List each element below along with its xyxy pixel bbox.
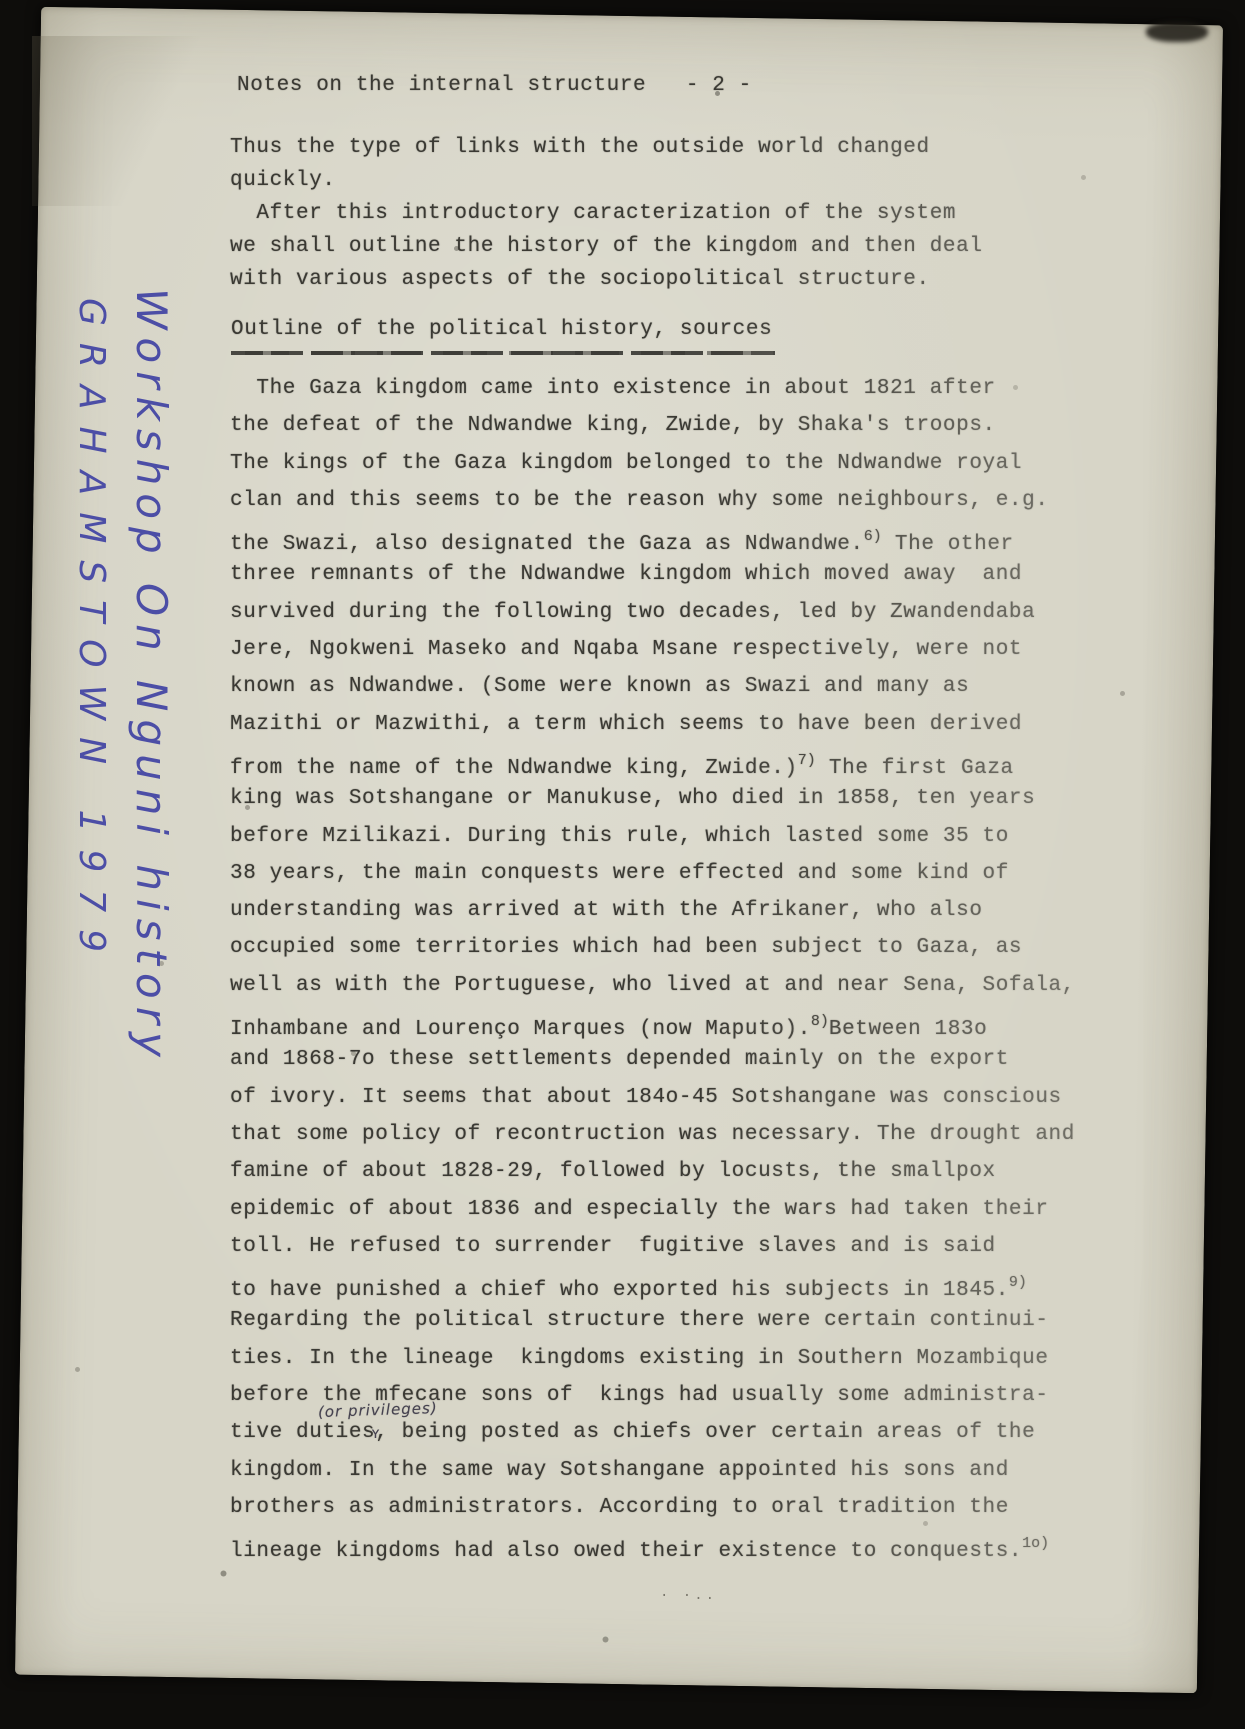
stray-pencil-mark: · ·.. xyxy=(660,1588,717,1604)
typed-line: survived during the following two decade… xyxy=(230,594,1075,631)
typed-line: that some policy of recontruction was ne… xyxy=(230,1116,1075,1153)
typed-line: occupied some territories which had been… xyxy=(230,929,1075,966)
typed-line: lineage kingdoms had also owed their exi… xyxy=(230,1526,1075,1563)
margin-note-line2: GRAHAMSTOWN 1979 xyxy=(62,288,120,1065)
typed-line: The Gaza kingdom came into existence in … xyxy=(230,370,1075,407)
typed-line: Regarding the political structure there … xyxy=(230,1302,1075,1339)
footnote-reference: 7) xyxy=(798,752,816,769)
page-header: Notes on the internal structure - 2 - xyxy=(237,74,752,97)
typed-line: the Swazi, also designated the Gaza as N… xyxy=(230,519,1075,556)
typed-line: Mazithi or Mazwithi, a term which seems … xyxy=(230,706,1075,743)
body-text: The Gaza kingdom came into existence in … xyxy=(230,370,1075,1564)
footnote-reference: 9) xyxy=(1009,1274,1027,1291)
typed-line: Jere, Ngokweni Maseko and Nqaba Msane re… xyxy=(230,631,1075,668)
typed-line: clan and this seems to be the reason why… xyxy=(230,482,1075,519)
typed-line: from the name of the Ndwandwe king, Zwid… xyxy=(230,743,1075,780)
typed-line: ties. In the lineage kingdoms existing i… xyxy=(230,1340,1075,1377)
typed-line: before Mzilikazi. During this rule, whic… xyxy=(230,818,1075,855)
heading-underline xyxy=(231,351,775,355)
handwritten-margin-note: Workshop On Nguni history GRAHAMSTOWN 19… xyxy=(62,288,182,1065)
typed-line: we shall outline the history of the king… xyxy=(230,230,983,263)
typed-line: well as with the Portuguese, who lived a… xyxy=(230,967,1075,1004)
typed-line: the defeat of the Ndwandwe king, Zwide, … xyxy=(230,407,1075,444)
footnote-reference: 6) xyxy=(864,528,882,545)
typed-line: The kings of the Gaza kingdom belonged t… xyxy=(230,445,1075,482)
typed-line: Thus the type of links with the outside … xyxy=(230,131,983,164)
typed-line: toll. He refused to surrender fugitive s… xyxy=(230,1228,1075,1265)
typed-line: with various aspects of the sociopolitic… xyxy=(230,263,983,296)
typed-line: three remnants of the Ndwandwe kingdom w… xyxy=(230,556,1075,593)
typed-line: tive duties, being posted as chiefs over… xyxy=(230,1414,1075,1451)
typed-line: quickly. xyxy=(230,164,983,197)
typed-line: and 1868-7o these settlements depended m… xyxy=(230,1041,1075,1078)
footnote-reference: 8) xyxy=(811,1013,829,1030)
typed-line: known as Ndwandwe. (Some were known as S… xyxy=(230,668,1075,705)
paper-specks xyxy=(0,0,3,3)
scan-stage: Notes on the internal structure - 2 - Th… xyxy=(0,0,1245,1729)
corner-stain xyxy=(1146,22,1208,42)
typed-line: of ivory. It seems that about 184o-45 So… xyxy=(230,1079,1075,1116)
insertion-caret-mark: ʏ xyxy=(371,1424,380,1442)
section-heading: Outline of the political history, source… xyxy=(231,318,772,341)
margin-note-line1: Workshop On Nguni history xyxy=(120,288,182,1065)
typed-line: After this introductory caracterization … xyxy=(230,197,983,230)
typed-line: Inhambane and Lourenço Marques (now Mapu… xyxy=(230,1004,1075,1041)
typed-line: 38 years, the main conquests were effect… xyxy=(230,855,1075,892)
typed-line: epidemic of about 1836 and especially th… xyxy=(230,1191,1075,1228)
typed-line: king was Sotshangane or Manukuse, who di… xyxy=(230,780,1075,817)
typed-line: understanding was arrived at with the Af… xyxy=(230,892,1075,929)
typed-line: famine of about 1828-29, followed by loc… xyxy=(230,1153,1075,1190)
footnote-reference: 1o) xyxy=(1022,1535,1049,1552)
typed-line: to have punished a chief who exported hi… xyxy=(230,1265,1075,1302)
typed-line: brothers as administrators. According to… xyxy=(230,1489,1075,1526)
intro-paragraphs: Thus the type of links with the outside … xyxy=(230,131,983,296)
typed-line: kingdom. In the same way Sotshangane app… xyxy=(230,1452,1075,1489)
